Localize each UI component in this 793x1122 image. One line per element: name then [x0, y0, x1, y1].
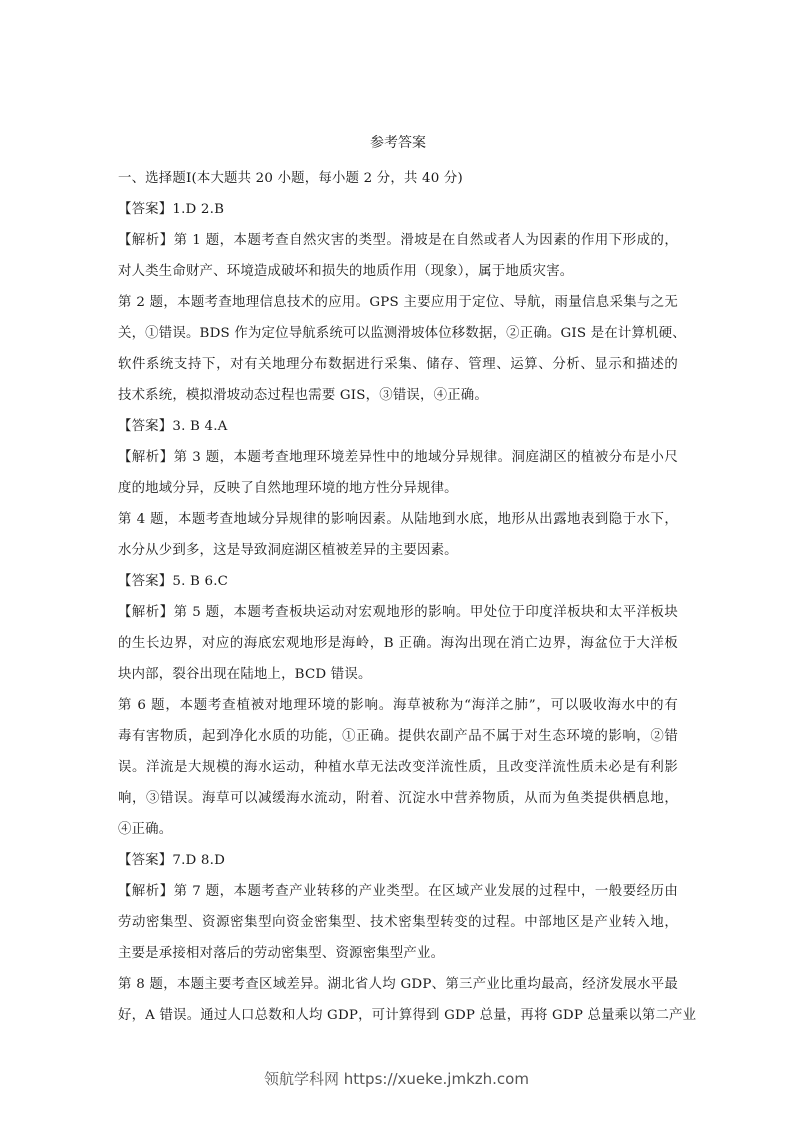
text-line: 【答案】1.D 2.B: [118, 194, 678, 225]
text-line: 软件系统支持下，对有关地理分布数据进行采集、储存、管理、运算、分析、显示和描述的: [118, 349, 678, 380]
text-line: 第 4 题，本题考查地域分异规律的影响因素。从陆地到水底，地形从出露地表到隐于水…: [118, 504, 678, 535]
text-line: 度的地域分异，反映了自然地理环境的地方性分异规律。: [118, 473, 678, 504]
text-line: 第 8 题，本题主要考查区域差异。湖北省人均 GDP、第三产业比重均最高，经济发…: [118, 969, 678, 1000]
text-line: 毒有害物质，起到净化水质的功能，①正确。提供农副产品不属于对生态环境的影响，②错: [118, 721, 678, 752]
text-line: 【解析】第 7 题，本题考查产业转移的产业类型。在区域产业发展的过程中，一般要经…: [118, 876, 678, 907]
footer-watermark: 领航学科网 https://xueke.jmkzh.com: [0, 1068, 793, 1089]
text-line: 技术系统，模拟滑坡动态过程也需要 GIS，③错误，④正确。: [118, 380, 678, 411]
text-line: 【解析】第 1 题，本题考查自然灾害的类型。滑坡是在自然或者人为因素的作用下形成…: [118, 225, 678, 256]
text-line: 第 2 题，本题考查地理信息技术的应用。GPS 主要应用于定位、导航，雨量信息采…: [118, 287, 678, 318]
text-line: 【解析】第 3 题，本题考查地理环境差异性中的地域分异规律。洞庭湖区的植被分布是…: [118, 442, 678, 473]
text-line: 误。洋流是大规模的海水运动，种植水草无法改变洋流性质，且改变洋流性质未必是有利影: [118, 752, 678, 783]
text-line: 主要是承接相对落后的劳动密集型、资源密集型产业。: [118, 938, 678, 969]
text-line: 对人类生命财产、环境造成破坏和损失的地质作用（现象），属于地质灾害。: [118, 256, 678, 287]
text-line: 关，①错误。BDS 作为定位导航系统可以监测滑坡体位移数据，②正确。GIS 是在…: [118, 318, 678, 349]
text-line: 【答案】7.D 8.D: [118, 845, 678, 876]
text-line: 第 6 题，本题考查植被对地理环境的影响。海草被称为“海洋之肺”，可以吸收海水中…: [118, 690, 678, 721]
text-line: 一、选择题Ⅰ(本大题共 20 小题，每小题 2 分，共 40 分): [118, 163, 678, 194]
text-line: ④正确。: [118, 814, 678, 845]
text-line: 【答案】5. B 6.C: [118, 566, 678, 597]
text-line: 【解析】第 5 题，本题考查板块运动对宏观地形的影响。甲处位于印度洋板块和太平洋…: [118, 597, 678, 628]
text-line: 块内部，裂谷出现在陆地上，BCD 错误。: [118, 659, 678, 690]
text-line: 响，③错误。海草可以减缓海水流动，附着、沉淀水中营养物质，从而为鱼类提供栖息地，: [118, 783, 678, 814]
text-line: 的生长边界，对应的海底宏观地形是海岭，B 正确。海沟出现在消亡边界，海盆位于大洋…: [118, 628, 678, 659]
answer-body: 一、选择题Ⅰ(本大题共 20 小题，每小题 2 分，共 40 分)【答案】1.D…: [118, 163, 678, 1031]
text-line: 水分从少到多，这是导致洞庭湖区植被差异的主要因素。: [118, 535, 678, 566]
text-line: 劳动密集型、资源密集型向资金密集型、技术密集型转变的过程。中部地区是产业转入地，: [118, 907, 678, 938]
text-line: 好，A 错误。通过人口总数和人均 GDP，可计算得到 GDP 总量，再将 GDP…: [118, 1000, 678, 1031]
page-title: 参考答案: [118, 132, 678, 154]
document-page: 参考答案 一、选择题Ⅰ(本大题共 20 小题，每小题 2 分，共 40 分)【答…: [118, 132, 678, 1031]
text-line: 【答案】3. B 4.A: [118, 411, 678, 442]
